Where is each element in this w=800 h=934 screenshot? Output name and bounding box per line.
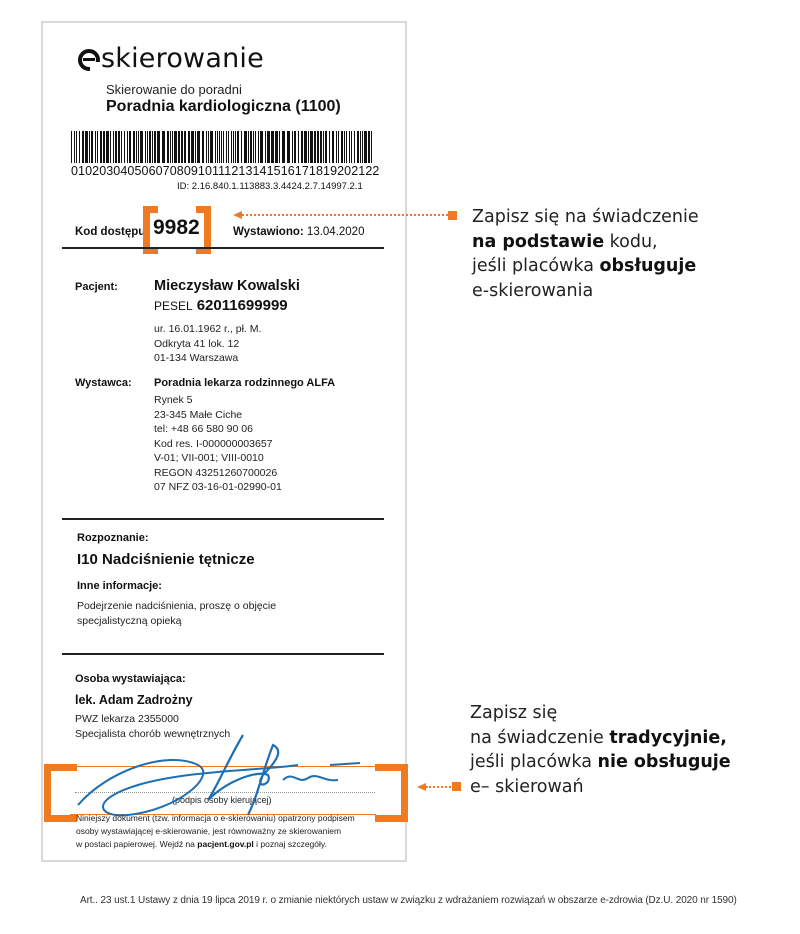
patient-name: Mieczysław Kowalski xyxy=(154,278,300,294)
barcode xyxy=(71,131,374,163)
logo-text: skierowanie xyxy=(101,43,264,74)
issuing-person-label: Osoba wystawiająca: xyxy=(75,673,186,685)
bottom-callout-arrow-line xyxy=(426,786,454,790)
access-code: 9982 xyxy=(153,216,200,240)
patient-pesel: PESEL62011699999 xyxy=(154,297,288,314)
bottom-callout-line: e– skierowań xyxy=(470,775,731,800)
top-callout-arrowhead-icon xyxy=(233,211,242,219)
access-code-label: Kod dostępu xyxy=(75,226,145,238)
issuer-label: Wystawca: xyxy=(75,377,132,389)
referral-type-label: Skierowanie do poradni xyxy=(106,82,242,97)
diagnosis-label: Rozpoznanie: xyxy=(77,532,149,544)
patient-label: Pacjent: xyxy=(75,281,118,293)
other-info-label: Inne informacje: xyxy=(77,580,162,592)
signature-bracket-right xyxy=(375,764,408,822)
e-skierowanie-logo: skierowanie xyxy=(78,40,264,76)
issued-label: Wystawiono: xyxy=(233,226,304,238)
barcode-digits: 0102030405060708091011121314151617181920… xyxy=(71,164,379,178)
issuer-name: Poradnia lekarza rodzinnego ALFA xyxy=(154,377,335,389)
patient-details: ur. 16.01.1962 r., pł. M. Odkryta 41 lok… xyxy=(154,322,261,366)
issued-date: Wystawiono: 13.04.2020 xyxy=(233,226,364,238)
e-logo-icon xyxy=(78,49,100,71)
top-callout-square-icon xyxy=(448,211,457,220)
top-callout-line: na podstawie kodu, xyxy=(472,230,699,255)
legal-notice: Niniejszy dokument (tzw. informacja o e-… xyxy=(76,812,355,851)
bottom-callout-line: na świadczenie tradycyjnie, xyxy=(470,726,731,751)
pacjent-gov-link[interactable]: pacjent.gov.pl xyxy=(197,839,254,849)
top-callout: Zapisz się na świadczenie na podstawie k… xyxy=(472,205,699,303)
barcode-id: ID: 2.16.840.1.113883.3.4424.2.7.14997.2… xyxy=(177,181,363,192)
divider xyxy=(62,518,384,520)
top-callout-line: e-skierowania xyxy=(472,279,699,304)
issuing-person-name: lek. Adam Zadrożny xyxy=(75,693,193,707)
legal-footer: Art.. 23 ust.1 Ustawy z dnia 19 lipca 20… xyxy=(80,895,737,906)
top-callout-arrow-line xyxy=(242,214,448,218)
diagnosis-value: I10 Nadciśnienie tętnicze xyxy=(77,551,255,568)
bottom-callout-square-icon xyxy=(452,782,461,791)
top-callout-line: jeśli placówka obsługuje xyxy=(472,254,699,279)
bottom-callout: Zapisz się na świadczenie tradycyjnie, j… xyxy=(470,701,731,799)
issued-date-value: 13.04.2020 xyxy=(307,226,365,238)
top-callout-line: Zapisz się na świadczenie xyxy=(472,205,699,230)
issuer-details: Rynek 5 23-345 Małe Ciche tel: +48 66 58… xyxy=(154,393,282,495)
clinic-name: Poradnia kardiologiczna (1100) xyxy=(106,98,341,116)
bottom-callout-line: Zapisz się xyxy=(470,701,731,726)
bottom-callout-line: jeśli placówka nie obsługuje xyxy=(470,750,731,775)
divider xyxy=(62,653,384,655)
divider xyxy=(62,247,384,249)
handwritten-signature xyxy=(68,730,378,820)
other-info-text: Podejrzenie nadciśnienia, proszę o objęc… xyxy=(77,599,276,628)
bottom-callout-arrowhead-icon xyxy=(417,783,426,791)
